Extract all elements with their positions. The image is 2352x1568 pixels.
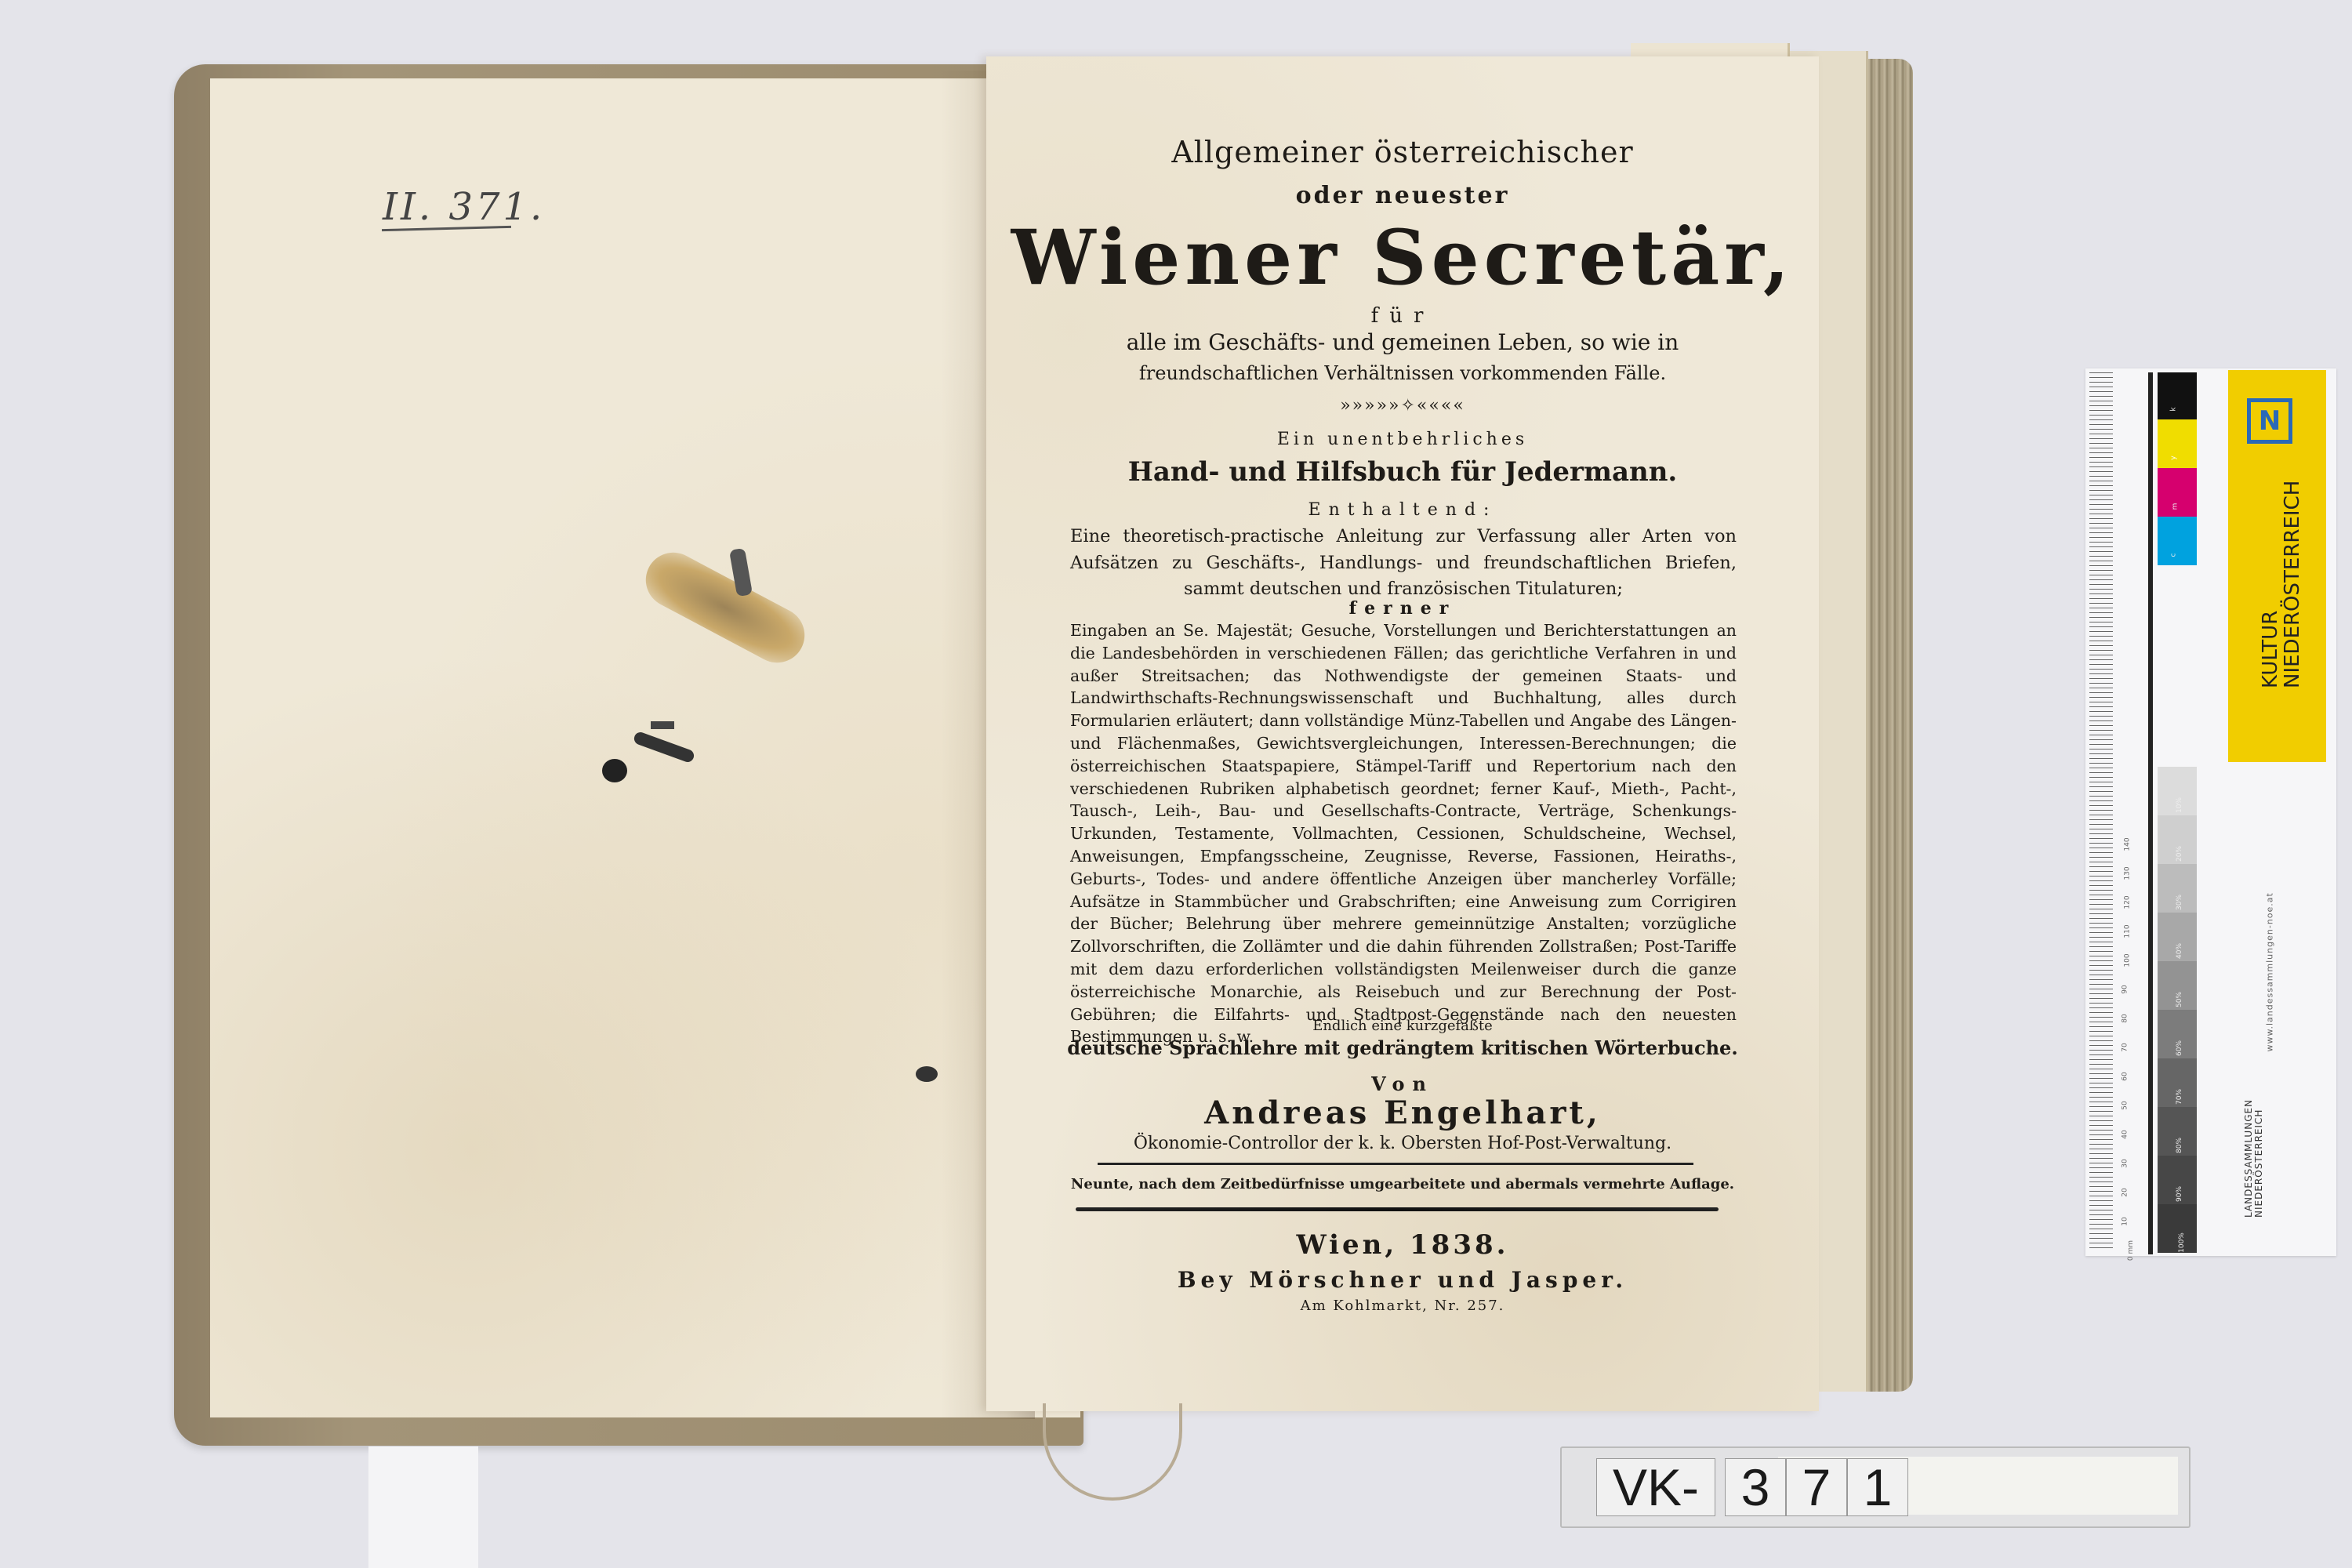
ruler-tick-label: 100 <box>2124 953 2132 967</box>
gray-patch: 20% <box>2158 815 2197 864</box>
binding-string <box>1043 1403 1182 1501</box>
brand-text: KULTUR NIEDERÖSTERREICH <box>2259 453 2303 688</box>
handwritten-shelfmark: II. 371. <box>383 185 545 229</box>
rule-divider <box>1098 1163 1693 1165</box>
ruler-tick-label: 10 <box>2122 1217 2129 1225</box>
ink-blot <box>916 1066 938 1082</box>
subtitle-line-1: alle im Geschäfts- und gemeinen Leben, s… <box>986 329 1819 355</box>
inventory-prefix: VK- <box>1596 1458 1715 1516</box>
rule-divider-heavy <box>1076 1207 1719 1211</box>
gray-patch: 40% <box>2158 913 2197 961</box>
patch-cyan: c <box>2158 517 2197 565</box>
title-line-1: Allgemeiner österreichischer <box>986 135 1819 169</box>
ruler-tick-label: 130 <box>2124 866 2132 880</box>
gray-patch: 90% <box>2158 1156 2197 1204</box>
publisher: Bey Mörschner und Jasper. <box>986 1267 1819 1293</box>
enthaltend-heading: Enthaltend: <box>986 500 1819 520</box>
gray-patch: 70% <box>2158 1058 2197 1107</box>
gray-patch: 30% <box>2158 864 2197 913</box>
place-year: Wien, 1838. <box>986 1229 1819 1261</box>
ruler-bar <box>2148 372 2153 1254</box>
mm-ruler <box>2089 372 2144 1252</box>
ruler-tick-label: 0 mm <box>2127 1240 2135 1261</box>
ruler-tick-label: 140 <box>2124 837 2132 851</box>
ink-blot <box>602 759 627 782</box>
gray-patch: 50% <box>2158 961 2197 1010</box>
patch-black: k <box>2158 372 2197 419</box>
edition-statement: Neunte, nach dem Zeitbedürfnisse umgearb… <box>986 1176 1819 1192</box>
contents-paragraph-2: Eingaben an Se. Majestät; Gesuche, Vorst… <box>1070 619 1737 1048</box>
author-name: Andreas Engelhart, <box>986 1094 1819 1131</box>
patch-yellow: y <box>2158 419 2197 468</box>
main-title: Wiener Secretär, <box>986 213 1819 302</box>
inventory-digit: 1 <box>1847 1458 1908 1516</box>
support-strip <box>368 1446 478 1568</box>
inventory-digit: 7 <box>1786 1458 1847 1516</box>
institution-name: LANDESSAMMLUNGEN NIEDERÖSTERREICH <box>2244 1061 2264 1218</box>
title-fuer: für <box>986 304 1819 328</box>
grammar-line: deutsche Sprachlehre mit gedrängtem krit… <box>986 1036 1819 1059</box>
von-line: Von <box>986 1073 1819 1095</box>
ruler-tick-label: 120 <box>2124 895 2132 909</box>
ruler-tick-label: 110 <box>2124 924 2132 938</box>
ruler-tick-label: 30 <box>2122 1159 2129 1167</box>
intro-line: Ein unentbehrliches <box>986 430 1819 449</box>
ruler-tick-label: 80 <box>2122 1014 2129 1022</box>
brand-line-1: KULTUR <box>2259 453 2281 688</box>
author-office: Ökonomie-Controllor der k. k. Obersten H… <box>986 1134 1819 1153</box>
contents-paragraph-1: Eine theoretisch-practische Anleitung zu… <box>1070 524 1737 603</box>
gray-patch: 60% <box>2158 1010 2197 1058</box>
institution-line-2: NIEDERÖSTERREICH <box>2254 1061 2264 1218</box>
gray-patch: 100% <box>2158 1204 2197 1253</box>
ruler-tick-label: 90 <box>2122 985 2129 993</box>
patch-magenta: m <box>2158 468 2197 517</box>
gray-patch: 10% <box>2158 767 2197 815</box>
handbook-line: Hand- und Hilfsbuch für Jedermann. <box>986 456 1819 488</box>
institution-url: www.landessammlungen-noe.at <box>2265 817 2275 1052</box>
publisher-address: Am Kohlmarkt, Nr. 257. <box>986 1298 1819 1314</box>
ruler-tick-label: 70 <box>2122 1043 2129 1051</box>
subtitle-line-2: freundschaftlichen Verhältnissen vorkomm… <box>986 362 1819 384</box>
noe-logo-icon: N <box>2247 398 2292 444</box>
ruler-tick-label: 40 <box>2122 1130 2129 1138</box>
ferner-heading: ferner <box>986 598 1819 619</box>
ruler-tick-label: 60 <box>2122 1072 2129 1080</box>
ink-blot <box>651 721 674 729</box>
endlich-line: Endlich eine kurzgefaßte <box>986 1018 1819 1034</box>
ruler-tick-label: 20 <box>2122 1188 2129 1196</box>
inventory-digit: 3 <box>1725 1458 1786 1516</box>
title-line-2: oder neuester <box>986 182 1819 209</box>
gray-patch: 80% <box>2158 1107 2197 1156</box>
ornament-divider: »»»»»✧«««« <box>986 396 1819 416</box>
ruler-tick-label: 50 <box>2122 1101 2129 1109</box>
brand-line-2: NIEDERÖSTERREICH <box>2281 453 2303 688</box>
